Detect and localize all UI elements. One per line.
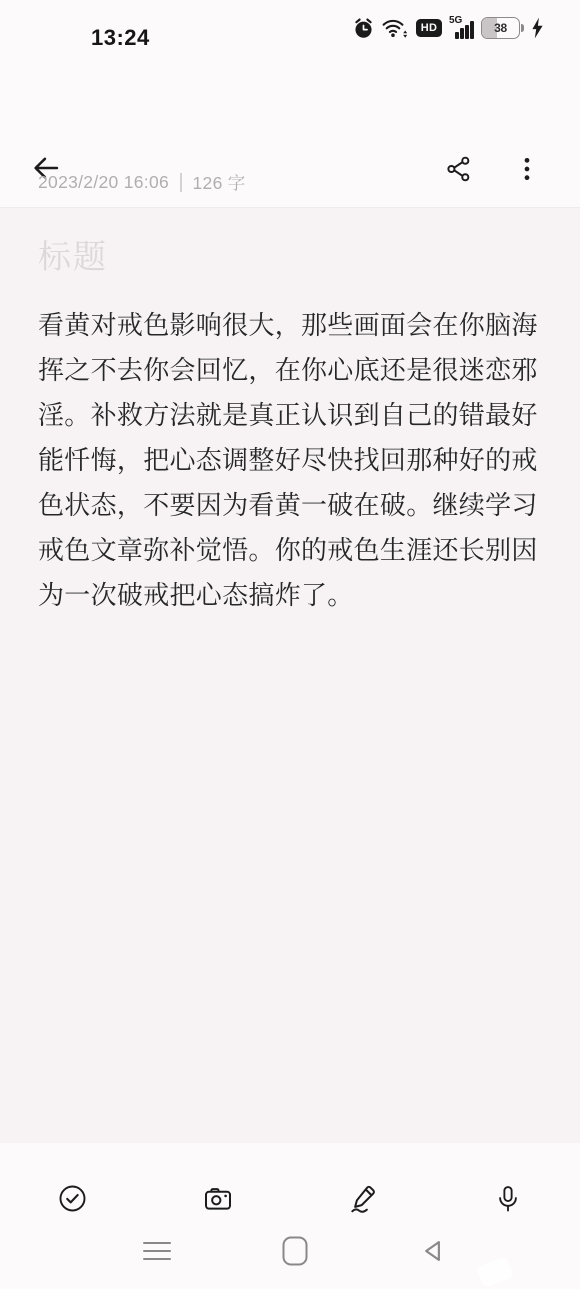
share-icon — [445, 155, 473, 188]
more-options-button[interactable] — [512, 156, 542, 186]
nav-back-button[interactable] — [421, 1240, 447, 1266]
body-line: 色状态，不要因为看黄一破在破。继续学习 — [38, 483, 542, 528]
alarm-icon — [352, 17, 375, 40]
nav-recents-button[interactable] — [141, 1241, 173, 1265]
body-line: 为一次破戒把心态搞炸了。 — [38, 573, 542, 618]
status-bar: 13:24 HD 5G — [0, 0, 580, 56]
notes-app-screen: 13:24 HD 5G — [0, 0, 580, 1289]
note-header — [0, 56, 580, 160]
back-triangle-icon — [421, 1238, 447, 1269]
voice-record-button[interactable] — [435, 1163, 580, 1239]
body-line: 看黄对戒色影响很大，那些画面会在你脑海 — [38, 303, 542, 348]
microphone-icon — [493, 1184, 523, 1219]
note-body-text[interactable]: 看黄对戒色影响很大，那些画面会在你脑海 挥之不去你会回忆，在你心底还是很迷恋邪 … — [38, 303, 542, 618]
body-line: 戒色文章弥补觉悟。你的戒色生涯还长别因 — [38, 528, 542, 573]
note-title-input[interactable]: 标题 — [38, 236, 542, 278]
camera-button[interactable] — [145, 1163, 290, 1239]
clock-time: 13:24 — [91, 25, 150, 51]
note-meta: 2023/2/20 16:06 126 字 — [38, 170, 246, 195]
recents-icon — [142, 1241, 172, 1266]
more-menu-icon — [514, 156, 540, 187]
body-line: 淫。补救方法就是真正认识到自己的错最好 — [38, 393, 542, 438]
handwriting-button[interactable] — [290, 1163, 435, 1239]
camera-icon — [202, 1183, 234, 1220]
status-icons: HD 5G 38 — [352, 0, 544, 56]
signal-bars — [455, 21, 474, 39]
battery-icon: 38 — [481, 17, 524, 39]
battery-percent: 38 — [494, 21, 507, 35]
meta-divider — [180, 173, 182, 192]
todo-check-icon — [57, 1183, 88, 1219]
signal-5g-icon: 5G — [449, 16, 474, 41]
home-icon — [281, 1235, 309, 1272]
note-char-count: 126 字 — [193, 170, 246, 195]
charging-bolt-icon — [531, 17, 544, 39]
hd-badge: HD — [416, 19, 442, 37]
nav-home-button[interactable] — [281, 1237, 309, 1269]
handwriting-pen-icon — [347, 1183, 379, 1220]
body-line: 能忏悔，把心态调整好尽快找回那种好的戒 — [38, 438, 542, 483]
wifi-icon — [382, 16, 409, 40]
share-button[interactable] — [444, 156, 474, 186]
todo-checklist-button[interactable] — [0, 1163, 145, 1239]
note-content-area[interactable]: 标题 看黄对戒色影响很大，那些画面会在你脑海 挥之不去你会回忆，在你心底还是很迷… — [0, 207, 580, 1143]
note-date: 2023/2/20 16:06 — [38, 172, 169, 193]
body-line: 挥之不去你会回忆，在你心底还是很迷恋邪 — [38, 348, 542, 393]
